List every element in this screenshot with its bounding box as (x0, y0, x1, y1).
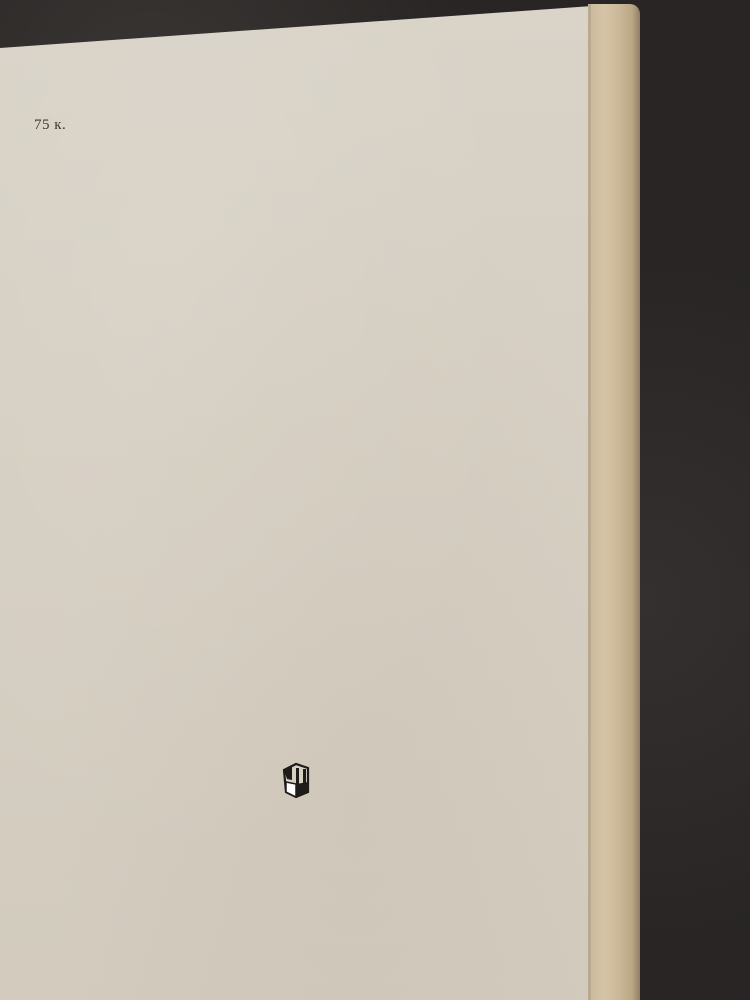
book-back-cover (0, 0, 592, 1000)
price-label: 75 к. (34, 117, 66, 134)
spine-edge (588, 4, 591, 1000)
book-spine (588, 4, 640, 1000)
publisher-logo-icon (281, 762, 311, 798)
